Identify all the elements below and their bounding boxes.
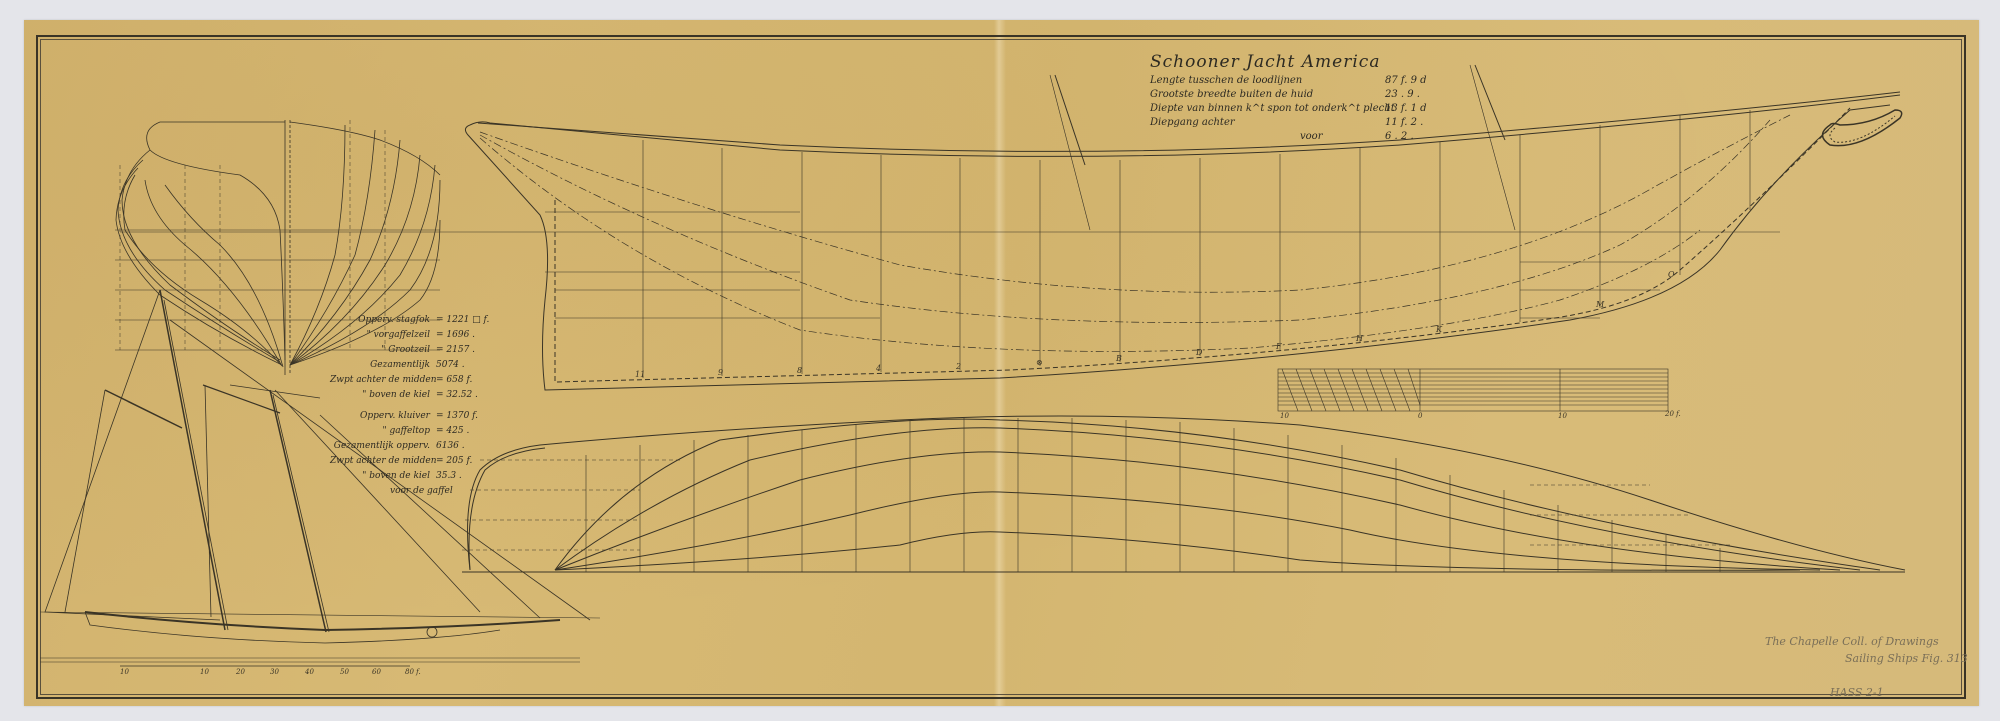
sail-scale-label: 30 <box>270 668 279 676</box>
dimension-row: Diepgang achter 11 f. 2 . <box>1150 117 1465 128</box>
note-value: = 205 f. <box>436 454 472 469</box>
note-value: = 1221 □ f. <box>436 313 489 328</box>
note-value: = 32.52 . <box>436 388 478 403</box>
station-label: 8 <box>797 366 802 375</box>
sail-scale-label: 40 <box>305 668 314 676</box>
note-footer: voor de gaffel <box>390 484 453 499</box>
scale-label: 10 <box>1280 412 1289 420</box>
note-label: Zwpt achter de midden <box>330 454 436 469</box>
station-label: K <box>1436 325 1442 334</box>
note-value: 35.3 . <box>436 469 462 484</box>
dimension-value: 23 . 9 . <box>1385 89 1465 100</box>
note-value: = 1696 . <box>436 328 475 343</box>
dimension-label: voor <box>1150 131 1385 142</box>
station-label: M <box>1596 300 1604 309</box>
note-value: = 1370 f. <box>436 409 478 424</box>
half-breadth-plan <box>462 416 1905 572</box>
station-label: ⊗ <box>1036 358 1043 367</box>
sail-scale-label: 20 <box>236 668 245 676</box>
dimension-label: Lengte tusschen de loodlijnen <box>1150 75 1385 86</box>
station-label: 11 <box>635 370 645 379</box>
drawing-title: Schooner Jacht America <box>1150 52 1465 72</box>
dimension-row: Grootste breedte buiten de huid 23 . 9 . <box>1150 89 1465 100</box>
sail-scale-label: 10 <box>120 668 129 676</box>
station-label: B <box>1116 354 1122 363</box>
note-label: " Grootzeil <box>330 343 436 358</box>
note-label: " gaffeltop <box>330 424 436 439</box>
note-label: Gezamentlijk <box>330 358 436 373</box>
sail-scale-label: 60 <box>372 668 381 676</box>
ship-lines-drawing <box>0 0 2000 721</box>
note-value: 6136 . <box>436 439 465 454</box>
scale-label: 0 <box>1418 412 1422 420</box>
title-block: Schooner Jacht America Lengte tusschen d… <box>1150 52 1465 142</box>
dimension-value: 87 f. 9 d <box>1385 75 1465 86</box>
station-label: 9 <box>718 368 723 377</box>
note-label: " boven de kiel <box>330 469 436 484</box>
dimension-value: 13 f. 1 d <box>1385 103 1465 114</box>
note-value: = 658 f. <box>436 373 472 388</box>
archive-note: The Chapelle Coll. of Drawings Sailing S… <box>1765 633 1968 667</box>
station-label: O <box>1668 270 1675 279</box>
dimension-label: Diepgang achter <box>1150 117 1385 128</box>
dimension-value: 11 f. 2 . <box>1385 117 1465 128</box>
dimension-label: Grootste breedte buiten de huid <box>1150 89 1385 100</box>
scale-label: 10 <box>1558 412 1567 420</box>
sail-scale-label: 50 <box>340 668 349 676</box>
sail-scale-label: 80 f. <box>405 668 421 676</box>
sail-scale-label: 10 <box>200 668 209 676</box>
station-label: H <box>1356 334 1363 343</box>
scale-label: 20 f. <box>1665 410 1681 418</box>
archive-note-line: Sailing Ships Fig. 313 <box>1765 650 1968 667</box>
scale-bar <box>1278 369 1668 411</box>
dimension-row: Lengte tusschen de loodlijnen 87 f. 9 d <box>1150 75 1465 86</box>
dimension-label: Diepte van binnen k^t spon tot onderk^t … <box>1150 103 1385 114</box>
note-label: Zwpt achter de midden <box>330 373 436 388</box>
note-label: " boven de kiel <box>330 388 436 403</box>
note-value: = 2157 . <box>436 343 475 358</box>
dimension-row: Diepte van binnen k^t spon tot onderk^t … <box>1150 103 1465 114</box>
station-label: 2 <box>956 362 961 371</box>
note-label: " vorgaffelzeil <box>330 328 436 343</box>
dimension-row: voor 6 . 2 . <box>1150 131 1465 142</box>
note-label: Gezamentlijk opperv. <box>330 439 436 454</box>
dimension-value: 6 . 2 . <box>1385 131 1465 142</box>
note-label: Opperv. stagfok <box>330 313 436 328</box>
sail-area-notes: Opperv. stagfok= 1221 □ f. " vorgaffelze… <box>330 313 489 499</box>
note-value: 5074 . <box>436 358 465 373</box>
note-value: = 425 . <box>436 424 469 439</box>
note-label: Opperv. kluiver <box>330 409 436 424</box>
station-label: 4 <box>876 364 881 373</box>
archive-note-line: The Chapelle Coll. of Drawings <box>1765 633 1968 650</box>
station-label: F <box>1276 342 1282 351</box>
station-label: D <box>1196 348 1202 357</box>
catalog-id: HASS 2-1 <box>1830 686 1884 699</box>
